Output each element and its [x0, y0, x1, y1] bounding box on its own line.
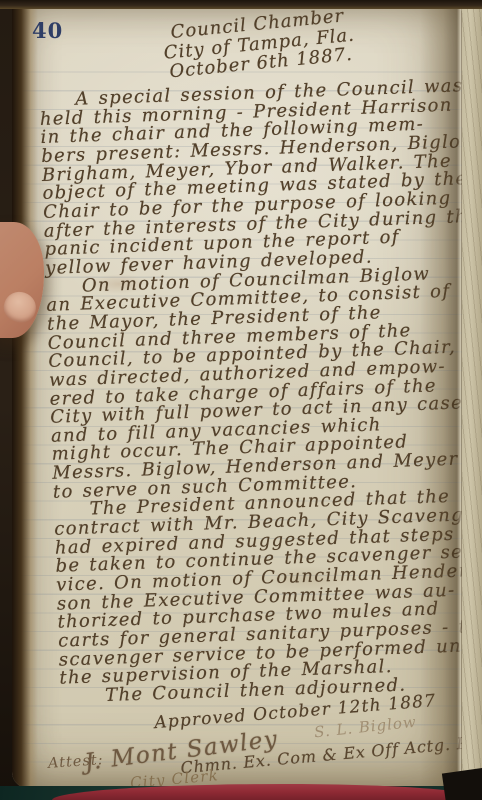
page-sheet: 40 Council Chamber City of Tampa, Fla. O…: [12, 6, 462, 788]
page-curl-fold: [420, 6, 462, 788]
bottom-right-shadow: [442, 767, 482, 800]
page-number: 40: [32, 18, 63, 43]
minutes-body-text: A special session of the Council was hel…: [39, 77, 462, 708]
top-pages-edge: [0, 0, 482, 9]
ledger-photo: 40 Council Chamber City of Tampa, Fla. O…: [0, 0, 482, 800]
book-gutter-shadow: [12, 6, 38, 788]
